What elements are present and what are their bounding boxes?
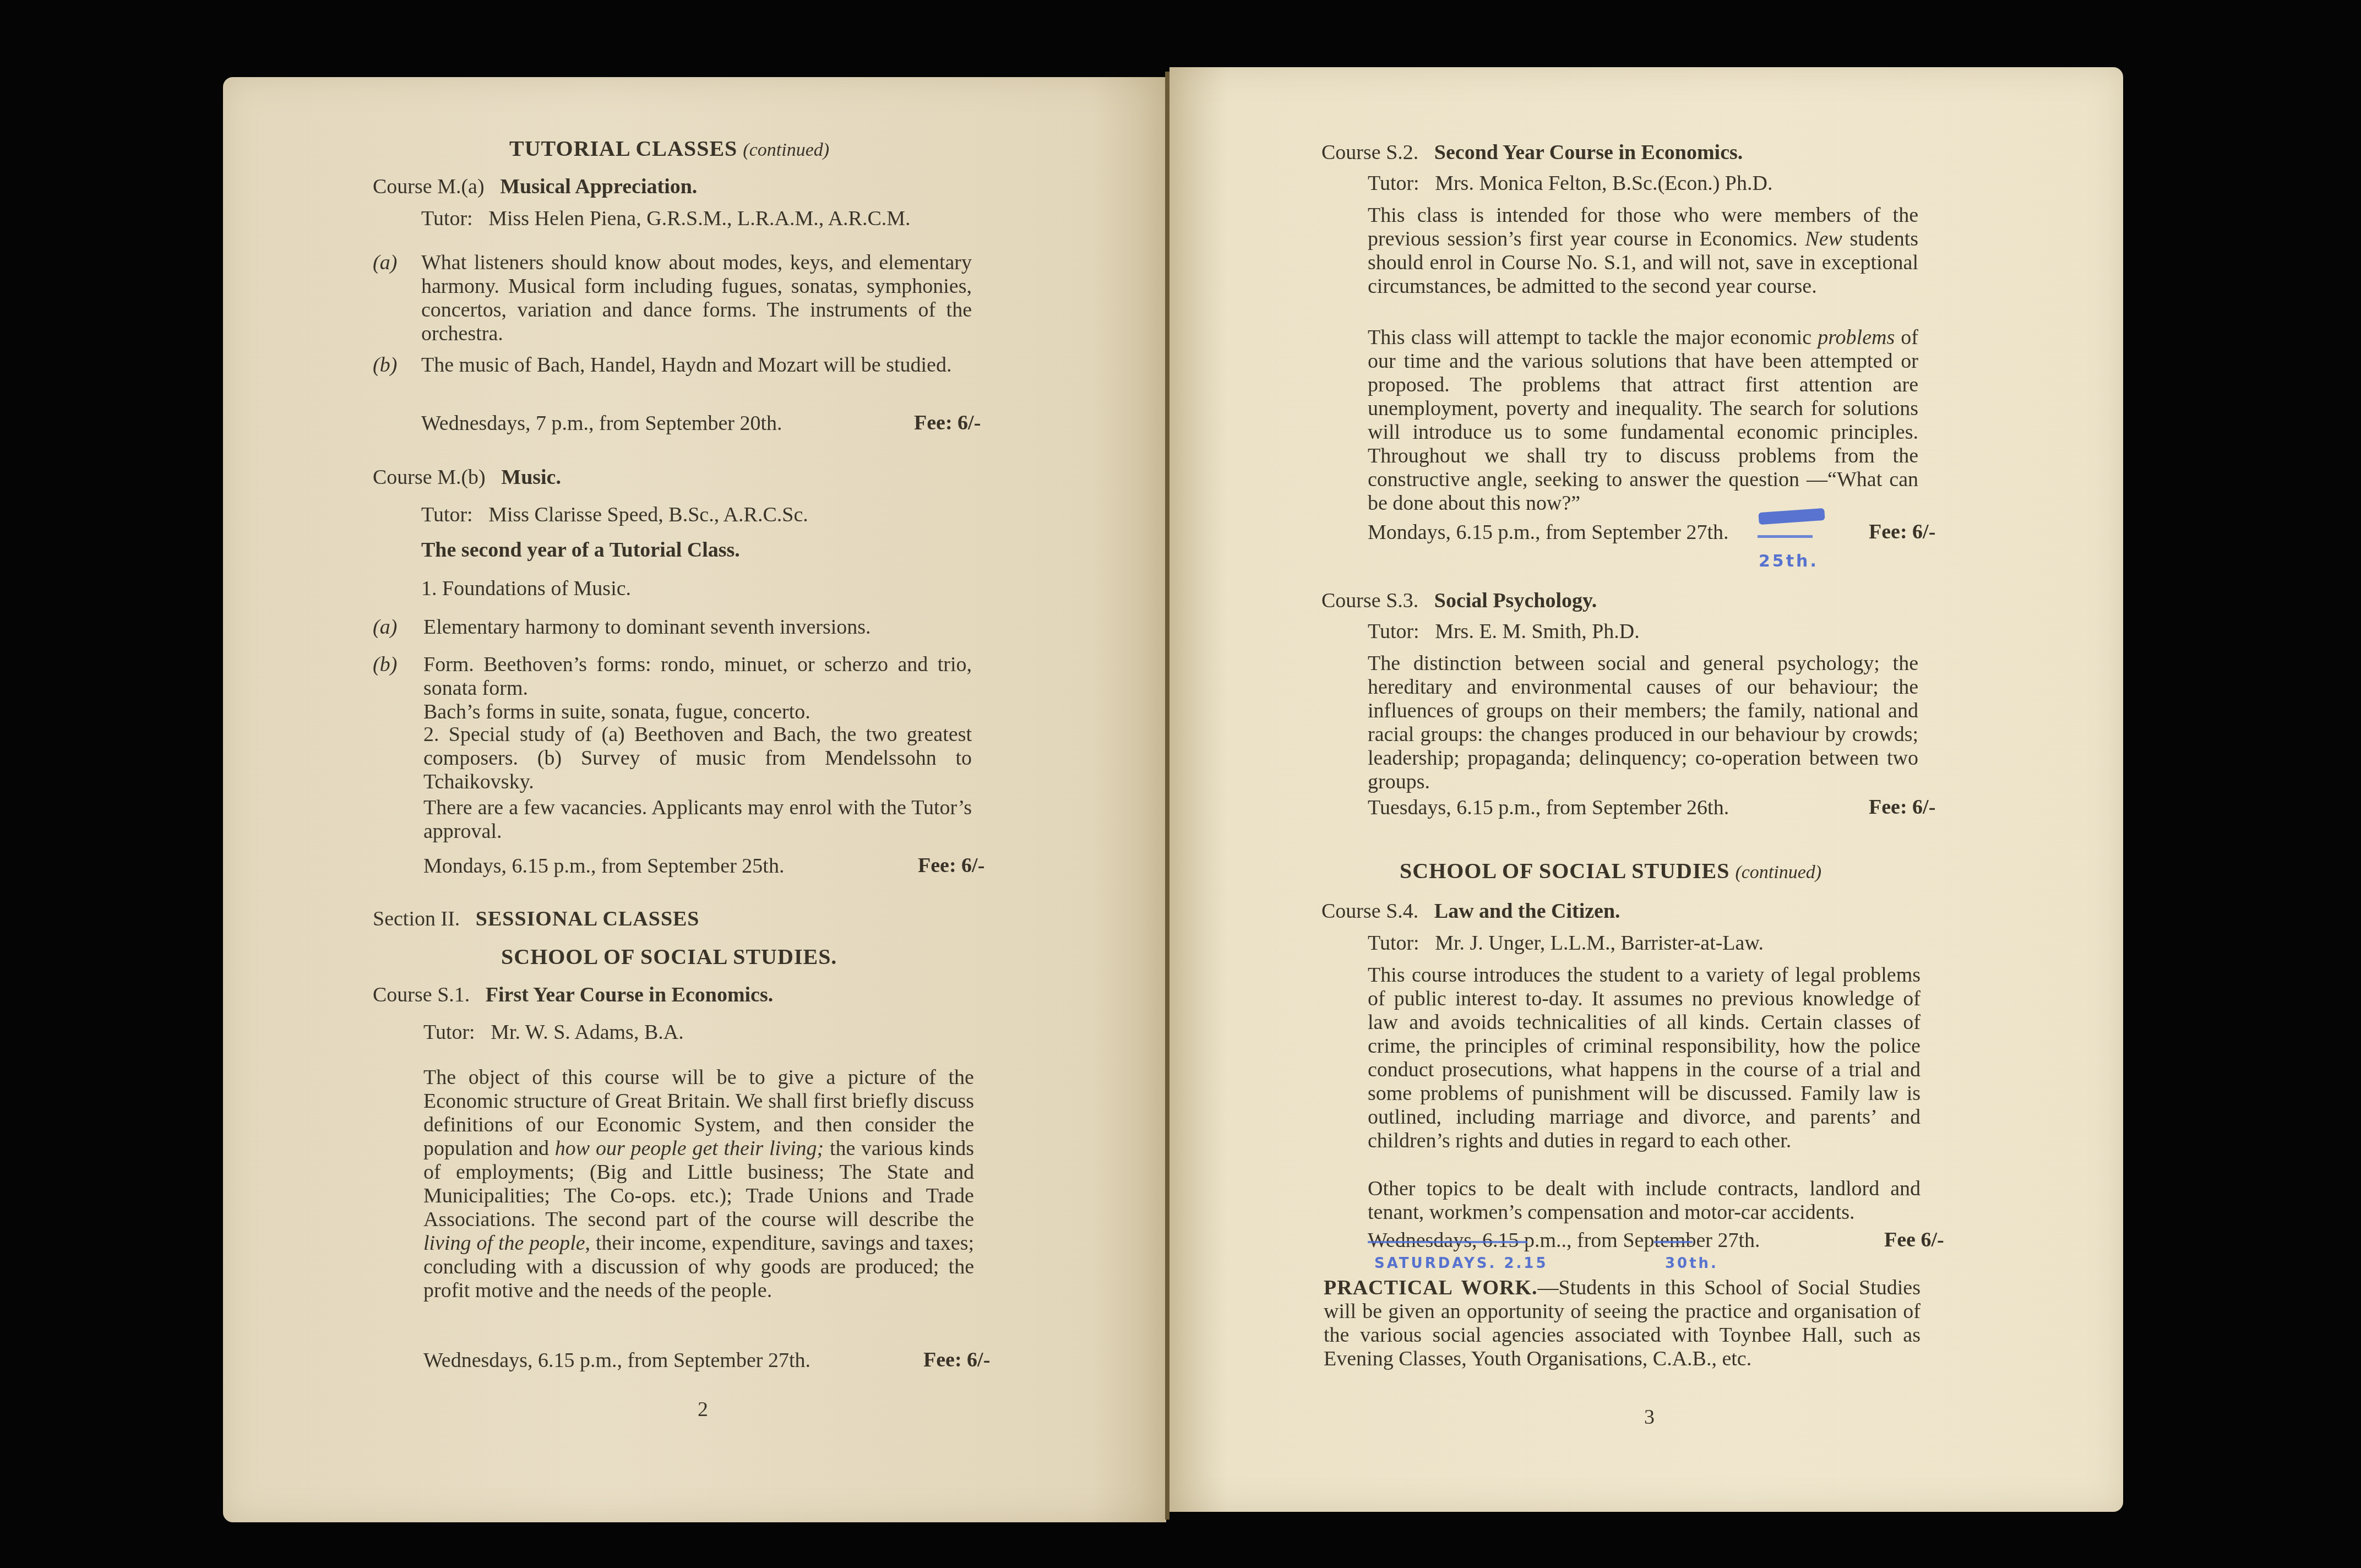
ink-strikethrough-date <box>1654 1241 1693 1243</box>
handwritten-date-correction: 30th. <box>1665 1255 1718 1272</box>
course-s1-fee: Fee: 6/- <box>923 1348 990 1372</box>
course-s1-schedule: Wednesdays, 6.15 p.m., from September 27… <box>423 1349 810 1373</box>
course-mb-point1: 1. Foundations of Music. <box>421 577 631 601</box>
course-s4-description: This course introduces the student to a … <box>1368 963 1921 1153</box>
course-ma-heading: Course M.(a) Musical Appreciation. <box>373 175 697 199</box>
section-ii-heading: Section II. SESSIONAL CLASSES <box>373 907 700 931</box>
course-mb-tutor: Tutor: Miss Clarisse Speed, B.Sc., A.R.C… <box>421 503 808 527</box>
course-mb-subtitle: The second year of a Tutorial Class. <box>421 538 740 562</box>
course-s2-para1: This class is intended for those who wer… <box>1368 204 1918 298</box>
course-ma-tutor: Tutor: Miss Helen Piena, G.R.S.M., L.R.A… <box>421 207 911 231</box>
school-social-studies-continued-header: SCHOOL OF SOCIAL STUDIES (continued) <box>1400 859 1821 884</box>
course-mb-heading: Course M.(b) Music. <box>373 466 561 489</box>
tutorial-classes-header: TUTORIAL CLASSES (continued) <box>509 137 829 162</box>
item-marker-b: (b) <box>373 653 397 677</box>
school-of-social-studies-heading: SCHOOL OF SOCIAL STUDIES. <box>501 945 837 968</box>
handwritten-date-correction: 25th. <box>1759 552 1819 571</box>
page-number: 2 <box>698 1397 708 1422</box>
course-s1-heading: Course S.1. First Year Course in Economi… <box>373 983 773 1007</box>
item-marker-a: (a) <box>373 616 397 639</box>
course-s3-schedule: Tuesdays, 6.15 p.m., from September 26th… <box>1368 796 1729 820</box>
course-mb-item-a: Elementary harmony to dominant seventh i… <box>423 616 871 639</box>
course-s3-heading: Course S.3. Social Psychology. <box>1321 589 1597 613</box>
book-spine <box>1165 72 1169 1520</box>
course-mb-bach: Bach’s forms in suite, sonata, fugue, co… <box>423 700 810 724</box>
course-mb-point2: 2. Special study of (a) Beethoven and Ba… <box>423 723 972 794</box>
course-ma-schedule: Wednesdays, 7 p.m., from September 20th. <box>421 412 782 435</box>
course-s4-tutor: Tutor: Mr. J. Unger, L.L.M., Barrister-a… <box>1368 932 1764 955</box>
course-s2-fee: Fee: 6/- <box>1869 520 1935 544</box>
ink-strikethrough-day <box>1368 1241 1527 1243</box>
course-s3-tutor: Tutor: Mrs. E. M. Smith, Ph.D. <box>1368 620 1640 644</box>
handwritten-day-correction: SATURDAYS. 2.15 <box>1374 1255 1548 1272</box>
course-s4-other-topics: Other topics to be dealt with include co… <box>1368 1177 1921 1224</box>
item-marker-b: (b) <box>373 353 397 377</box>
course-mb-schedule: Mondays, 6.15 p.m., from September 25th. <box>423 854 784 878</box>
practical-work-note: PRACTICAL WORK.—Students in this School … <box>1324 1276 1921 1371</box>
course-mb-vacancies: There are a few vacancies. Applicants ma… <box>423 796 972 843</box>
course-ma-item-b: The music of Bach, Handel, Haydn and Moz… <box>421 353 972 377</box>
course-s3-description: The distinction between social and gener… <box>1368 652 1918 794</box>
course-s1-tutor: Tutor: Mr. W. S. Adams, B.A. <box>423 1021 684 1044</box>
right-page: Course S.2. Second Year Course in Econom… <box>1169 67 2123 1512</box>
course-ma-fee: Fee: 6/- <box>914 411 981 435</box>
course-s4-heading: Course S.4. Law and the Citizen. <box>1321 900 1620 923</box>
course-s3-fee: Fee: 6/- <box>1869 795 1935 819</box>
course-s2-schedule: Mondays, 6.15 p.m., from September 27th. <box>1368 521 1728 545</box>
course-s4-fee: Fee 6/- <box>1884 1228 1944 1252</box>
course-ma-item-a: What listeners should know about modes, … <box>421 251 972 346</box>
page-number: 3 <box>1644 1405 1655 1429</box>
course-mb-fee: Fee: 6/- <box>918 853 984 878</box>
ink-strikethrough <box>1758 535 1813 538</box>
left-page: TUTORIAL CLASSES (continued) Course M.(a… <box>223 77 1166 1522</box>
course-s2-heading: Course S.2. Second Year Course in Econom… <box>1321 141 1743 165</box>
course-mb-item-b: Form. Beethoven’s forms: rondo, minuet, … <box>423 653 972 700</box>
course-s2-tutor: Tutor: Mrs. Monica Felton, B.Sc.(Econ.) … <box>1368 172 1772 195</box>
course-s2-para2: This class will attempt to tackle the ma… <box>1368 326 1918 515</box>
item-marker-a: (a) <box>373 251 397 275</box>
course-s1-description: The object of this course will be to giv… <box>423 1066 974 1303</box>
